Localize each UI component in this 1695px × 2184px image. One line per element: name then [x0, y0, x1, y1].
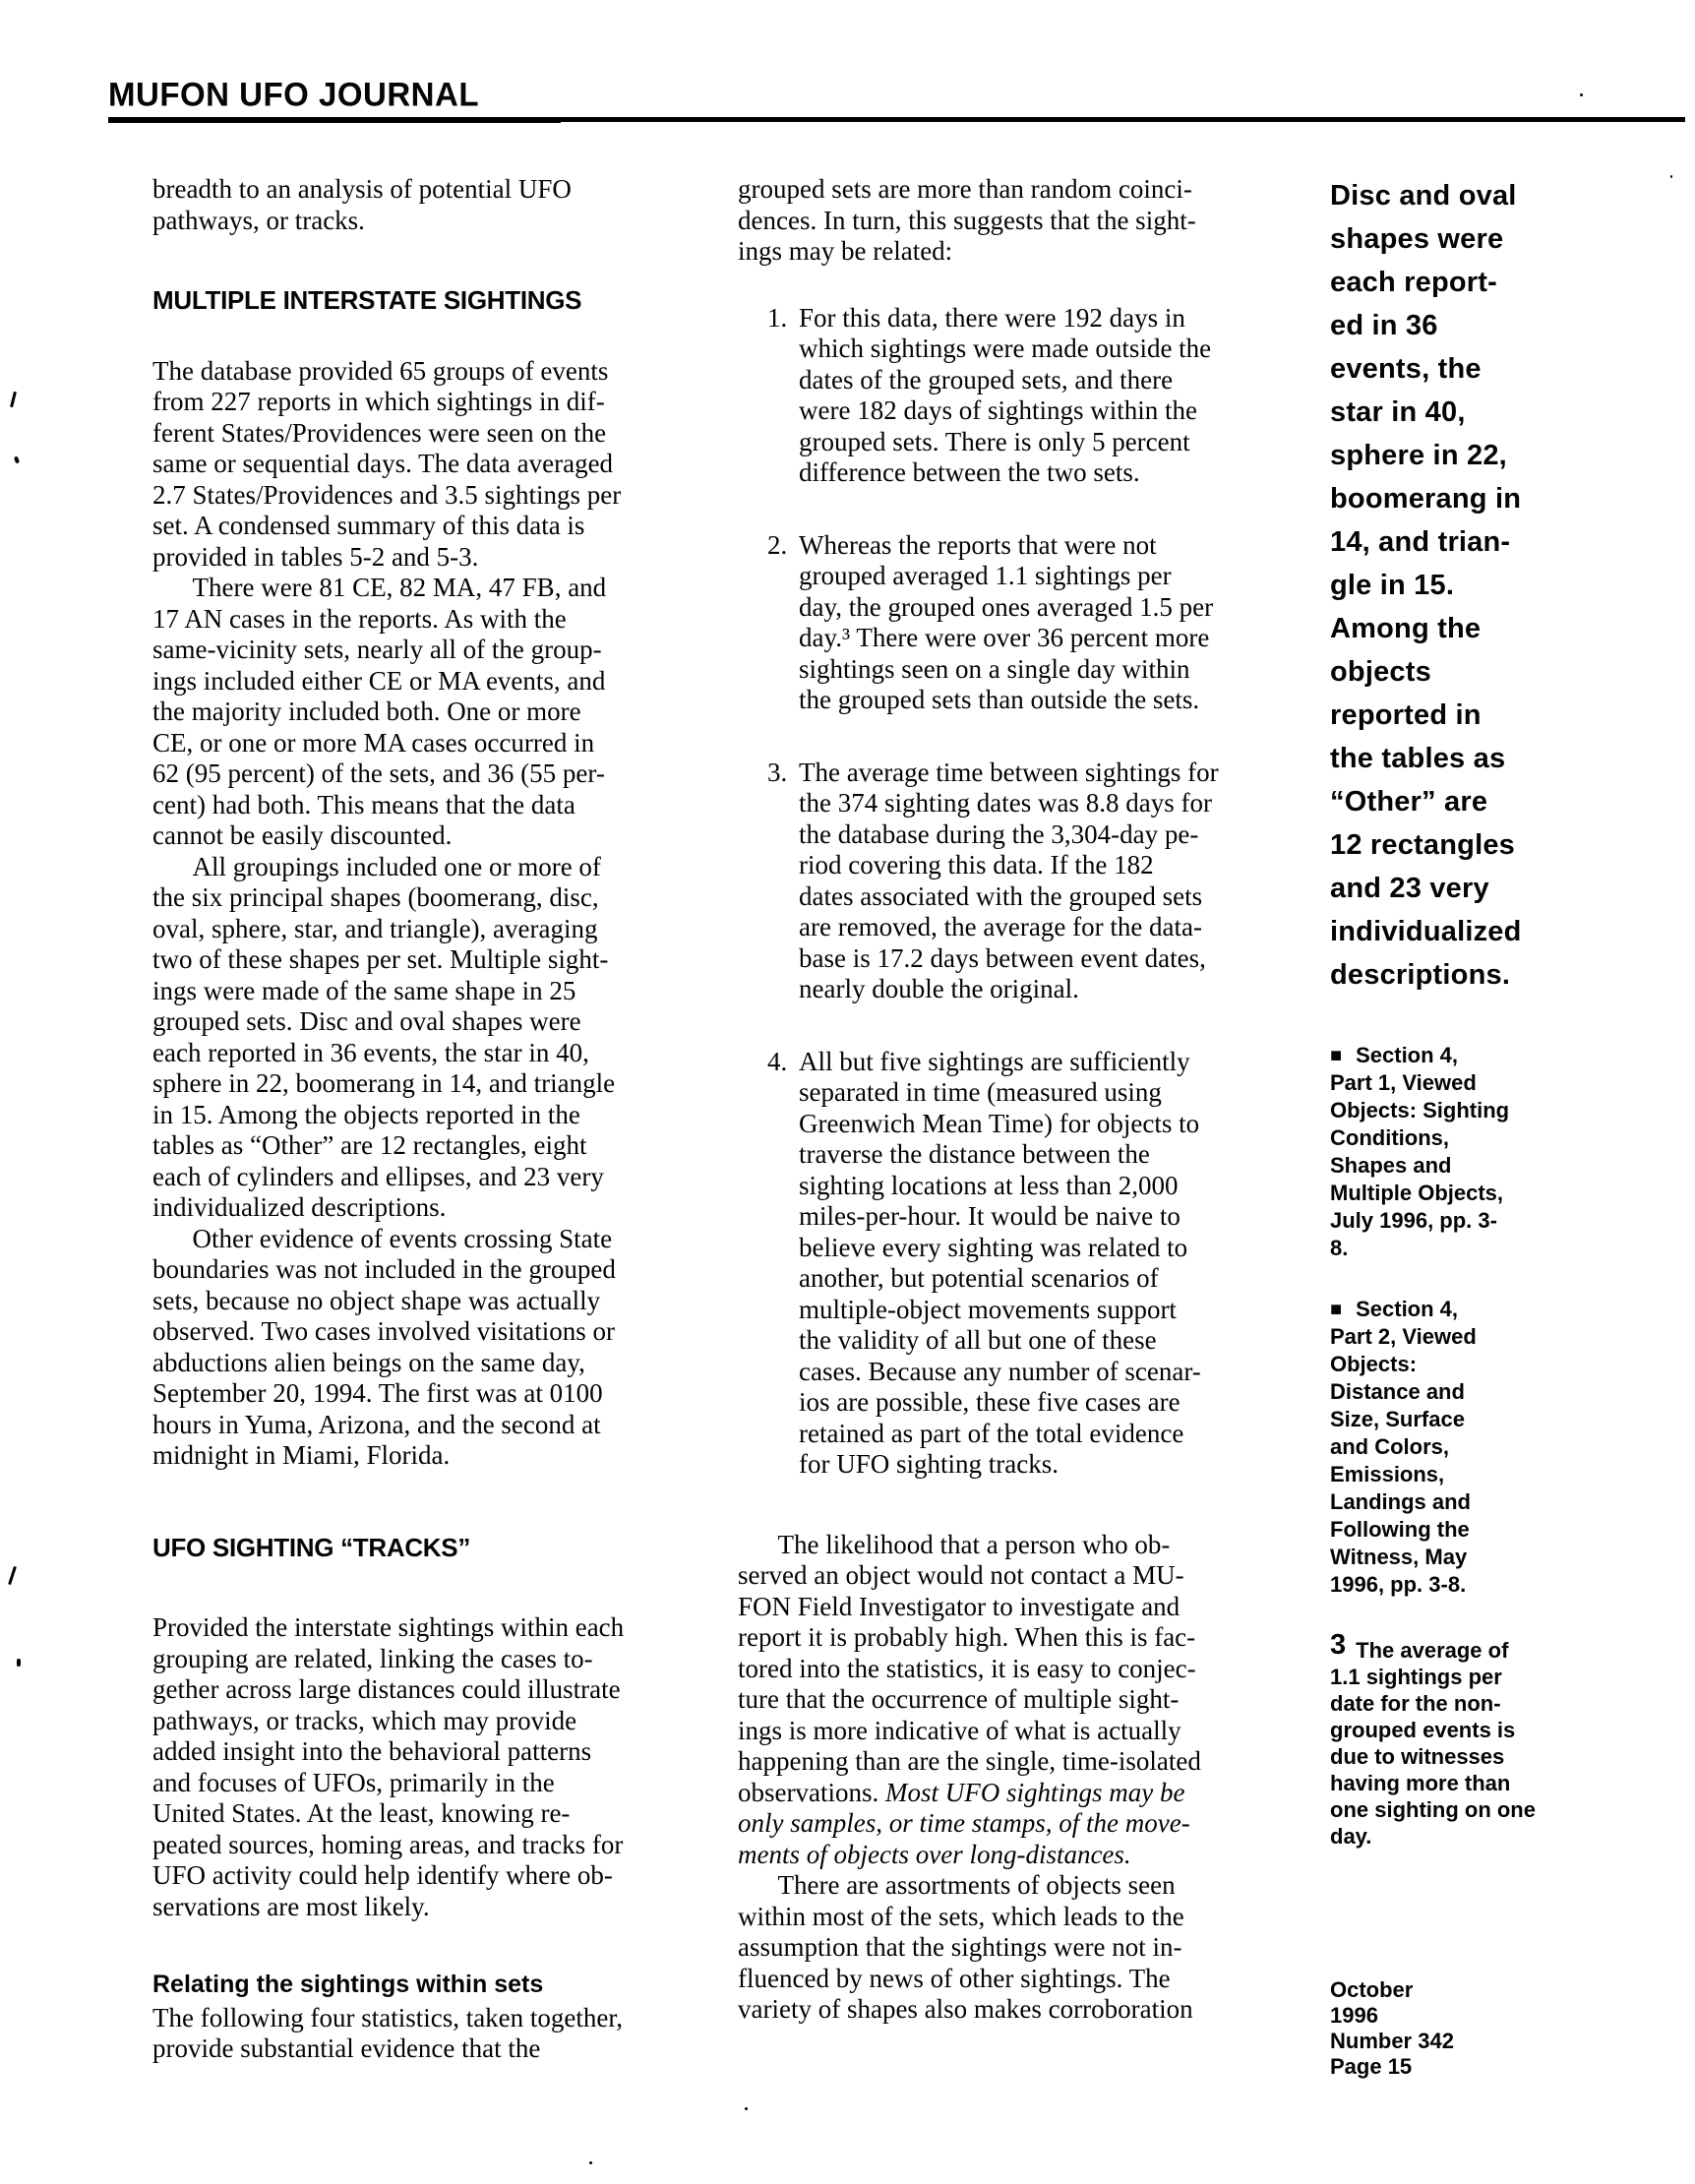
list-item-text: All but five sightings are sufficiently …: [799, 1047, 1301, 1481]
scan-speck: [14, 456, 20, 464]
reference-item-1: ■Section 4, Part 1, Viewed Objects: Sigh…: [1330, 1042, 1665, 1262]
paragraph-assortments: There are assortments of objects seen wi…: [738, 1870, 1301, 2026]
list-item-text: The average time between sightings for t…: [799, 758, 1301, 1005]
paragraph-provided-interstate: Provided the interstate sightings within…: [152, 1612, 725, 1922]
reference-text: Section 4, Part 1, Viewed Objects: Sight…: [1330, 1043, 1509, 1260]
middle-column: grouped sets are more than random coinci…: [738, 174, 1301, 2026]
masthead-title: MUFON UFO JOURNAL: [108, 75, 479, 114]
reference-text: Section 4, Part 2, Viewed Objects: Dista…: [1330, 1297, 1477, 1597]
scan-speck: [589, 2161, 592, 2164]
list-number: 1.: [767, 303, 787, 334]
issue-info: October 1996 Number 342 Page 15: [1330, 1977, 1665, 2080]
list-item-2: 2. Whereas the reports that were not gro…: [738, 530, 1301, 716]
paragraph-likelihood-roman: The likelihood that a person who ob- ser…: [738, 1530, 1201, 1807]
statistics-list: 1. For this data, there were 192 days in…: [738, 303, 1301, 1481]
footnote-3: 3The average of 1.1 sightings per date f…: [1330, 1636, 1665, 1850]
masthead-rule: [108, 117, 1685, 122]
square-bullet-icon: ■: [1330, 1296, 1342, 1323]
paragraph-four-statistics: The following four statistics, taken tog…: [152, 2003, 725, 2065]
scan-speck: [1580, 93, 1583, 96]
list-item-4: 4. All but five sightings are sufficient…: [738, 1047, 1301, 1481]
footnote-marker: 3: [1330, 1629, 1346, 1661]
paragraph-other-evidence: Other evidence of events crossing State …: [152, 1224, 725, 1472]
scan-speck: [17, 1659, 21, 1667]
paragraph-grouped-sets-intro: grouped sets are more than random coinci…: [738, 174, 1301, 268]
scan-speck: [745, 2107, 748, 2110]
section-heading-multiple-interstate-sightings: MULTIPLE INTERSTATE SIGHTINGS: [152, 285, 725, 317]
paragraph-groupings-shapes: All groupings included one or more of th…: [152, 852, 725, 1224]
section-heading-ufo-sighting-tracks: UFO SIGHTING “TRACKS”: [152, 1533, 725, 1564]
left-column: breadth to an analysis of potential UFO …: [152, 174, 725, 2065]
journal-page: MUFON UFO JOURNAL breadth to an analysis…: [0, 0, 1695, 2184]
right-sidebar: Disc and oval shapes were each report- e…: [1330, 174, 1665, 2080]
list-number: 4.: [767, 1047, 787, 1078]
list-item-1: 1. For this data, there were 192 days in…: [738, 303, 1301, 489]
list-number: 3.: [767, 758, 787, 789]
subheading-relating-sightings: Relating the sightings within sets: [152, 1970, 725, 2001]
reference-item-2: ■Section 4, Part 2, Viewed Objects: Dist…: [1330, 1296, 1665, 1599]
paragraph-likelihood: The likelihood that a person who ob- ser…: [738, 1530, 1301, 1871]
scan-speck: [1670, 175, 1672, 178]
footnote-text: The average of 1.1 sightings per date fo…: [1330, 1638, 1536, 1849]
scan-speck: [8, 1566, 17, 1585]
list-item-text: For this data, there were 192 days in wh…: [799, 303, 1301, 489]
list-item-3: 3. The average time between sightings fo…: [738, 758, 1301, 1005]
pull-quote: Disc and oval shapes were each report- e…: [1330, 174, 1665, 997]
paragraph-case-counts: There were 81 CE, 82 MA, 47 FB, and 17 A…: [152, 573, 725, 852]
scan-speck: [10, 392, 17, 407]
list-number: 2.: [767, 530, 787, 562]
paragraph-continued: breadth to an analysis of potential UFO …: [152, 174, 725, 236]
paragraph-database: The database provided 65 groups of event…: [152, 356, 725, 574]
list-item-text: Whereas the reports that were not groupe…: [799, 530, 1301, 716]
square-bullet-icon: ■: [1330, 1042, 1342, 1069]
